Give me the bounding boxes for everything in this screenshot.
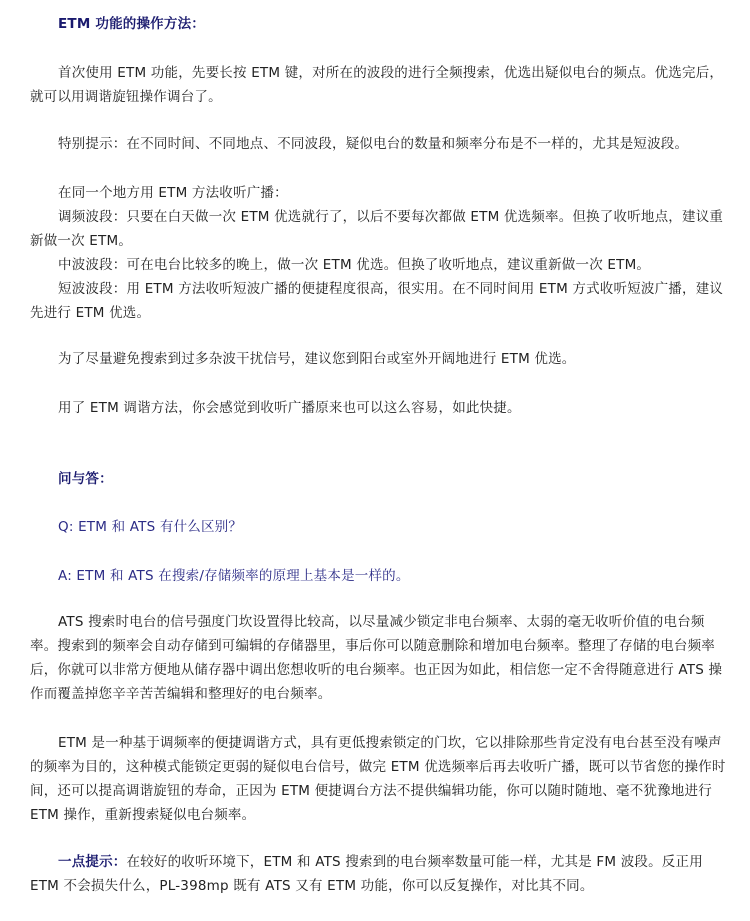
heading-etm-method: ETM 功能的操作方法： (30, 12, 730, 36)
paragraph-sw-band: 短波波段：用 ETM 方法收听短波广播的便捷程度很高，很实用。在不同时间用 ET… (30, 277, 730, 325)
paragraph-special-tip: 特别提示：在不同时间、不同地点、不同波段，疑似电台的数量和频率分布是不一样的，尤… (30, 132, 730, 156)
tip-label: 一点提示： (58, 854, 127, 870)
paragraph-fm-band: 调频波段：只要在白天做一次 ETM 优选就行了，以后不要每次都做 ETM 优选频… (30, 205, 730, 253)
tip-text: 在较好的收听环境下，ETM 和 ATS 搜索到的电台频率数量可能一样，尤其是 F… (30, 854, 703, 894)
paragraph-first-use: 首次使用 ETM 功能，先要长按 ETM 键，对所在的波段的进行全频搜索，优选出… (30, 61, 730, 109)
paragraph-same-place-intro: 在同一个地方用 ETM 方法收听广播： (30, 181, 730, 205)
paragraph-etm-explanation: ETM 是一种基于调频率的便捷调谐方式，具有更低搜索锁定的门坎，它以排除那些肯定… (30, 731, 730, 827)
answer-1: A: ETM 和 ATS 在搜索/存储频率的原理上基本是一样的。 (30, 564, 730, 588)
heading-qa: 问与答： (30, 467, 730, 491)
paragraph-conclusion: 用了 ETM 调谐方法，你会感觉到收听广播原来也可以这么容易，如此快捷。 (30, 396, 730, 420)
paragraph-tip: 一点提示：在较好的收听环境下，ETM 和 ATS 搜索到的电台频率数量可能一样，… (30, 850, 730, 898)
paragraph-ats-explanation: ATS 搜索时电台的信号强度门坎设置得比较高，以尽量减少锁定非电台频率、太弱的毫… (30, 610, 730, 706)
question-1: Q: ETM 和 ATS 有什么区别？ (30, 515, 730, 539)
paragraph-mw-band: 中波波段：可在电台比较多的晚上，做一次 ETM 优选。但换了收听地点，建议重新做… (30, 253, 730, 277)
paragraph-avoid-interference: 为了尽量避免搜索到过多杂波干扰信号，建议您到阳台或室外开阔地进行 ETM 优选。 (30, 347, 730, 371)
